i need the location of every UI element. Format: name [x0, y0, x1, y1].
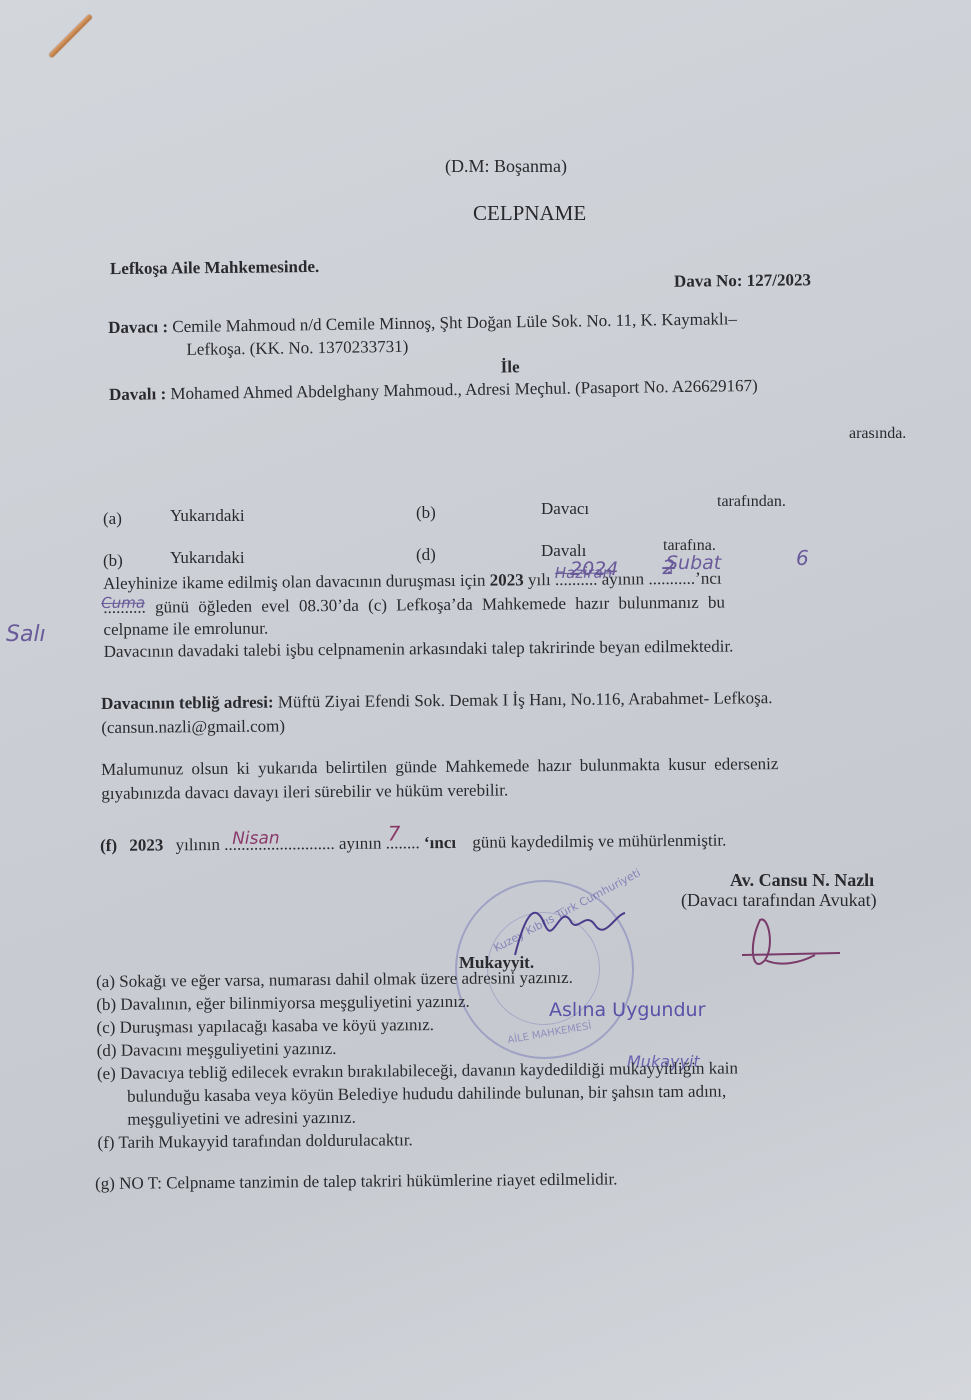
footer-note-text: NO T: Celpname tanzimin de talep takriri…: [119, 1169, 617, 1192]
warning-line1: Malumunuz olsun ki yukarıda belirtilen g…: [101, 753, 916, 780]
service-address-text: Müftü Ziyai Efendi Sok. Demak I İş Hanı,…: [278, 688, 773, 711]
note-row-1-val3: tarafından.: [717, 493, 786, 511]
registration-label2: ayının: [339, 834, 382, 853]
instruction-text: Davacıya tebliğ edilecek evrakın bırakıl…: [120, 1058, 738, 1082]
between-text: arasında.: [849, 425, 906, 443]
summons-line1-pre: Aleyhinize ikame edilmiş olan davacının …: [103, 571, 486, 593]
instruction-text: Davacını meşguliyetini yazınız.: [121, 1039, 337, 1060]
handwritten-reg-day: 7: [388, 821, 401, 845]
note-row-1-key2: (b): [416, 503, 436, 523]
service-address-block: Davacının tebliğ adresi: Müftü Ziyai Efe…: [101, 688, 773, 738]
handwritten-weekday: Salı: [6, 622, 46, 647]
service-email: (cansun.nazli@gmail.com): [101, 712, 773, 738]
warning-line2: gıyabınızda davacı davayı ileri sürebili…: [101, 777, 916, 804]
instruction-key: (c): [96, 1018, 115, 1037]
registration-year: 2023: [129, 835, 163, 854]
summons-paragraph: Aleyhinize ikame edilmiş olan davacının …: [103, 567, 919, 662]
instruction-text: Davalının, eğer bilinmiyorsa meşguliyeti…: [120, 992, 470, 1014]
handwritten-day: 6: [796, 546, 809, 570]
note-row-2-val1: Yukarıdaki: [170, 548, 245, 568]
handwritten-day-struck: 2: [662, 555, 675, 579]
instruction-key: (a): [96, 972, 115, 991]
note-row-2-key2: (d): [416, 545, 436, 565]
defendant-label: Davalı :: [109, 384, 166, 404]
day-blank: ...........’ncı: [648, 569, 721, 589]
instruction-key: (d): [97, 1041, 117, 1060]
plaintiff-line1: Cemile Mahmoud n/d Cemile Minnoş, Şht Do…: [172, 309, 737, 336]
registration-suffix: ‘ıncı: [424, 833, 456, 852]
summons-line1-mid: yılı: [528, 570, 551, 589]
footer-note: (g) NO T: Celpname tanzimin de talep tak…: [95, 1169, 618, 1194]
handwritten-month-struck: Haziran: [555, 564, 613, 583]
handwritten-weekday-struck: Cuma: [101, 594, 145, 612]
instruction-text: Tarih Mukayyid tarafından doldurulacaktı…: [118, 1130, 412, 1152]
case-number: Dava No: 127/2023: [674, 270, 811, 291]
instruction-text: Duruşması yapılacağı kasaba ve köyü yazı…: [120, 1015, 435, 1037]
lawyer-signature: [730, 905, 850, 985]
note-row-2-key1: (b): [103, 551, 123, 571]
conjunction-ile: İle: [501, 354, 758, 378]
registration-line: (f) 2023 yılının .......................…: [100, 831, 726, 856]
note-row-1-val1: Yukarıdaki: [170, 506, 245, 526]
registration-prefix: (f): [100, 836, 117, 855]
pencil-mark: [48, 14, 93, 59]
case-type: (D.M: Boşanma): [445, 156, 567, 177]
note-row-1-key1: (a): [103, 509, 122, 529]
document-title: CELPNAME: [473, 201, 586, 226]
instructions-list: (a) Sokağı ve eğer varsa, numarası dahil…: [96, 964, 739, 1154]
warning-block: Malumunuz olsun ki yukarıda belirtilen g…: [101, 753, 916, 804]
instruction-key: (f): [97, 1133, 114, 1152]
footer-note-key: (g): [95, 1174, 115, 1193]
registration-label1: yılının: [175, 835, 220, 854]
lawyer-name: Av. Cansu N. Nazlı: [730, 870, 874, 891]
instruction-item: (f) Tarih Mukayyid tarafından doldurulac…: [97, 1125, 738, 1154]
handwritten-reg-month: Nisan: [232, 828, 280, 848]
registration-text: günü kaydedilmiş ve mühürlenmiştir.: [472, 831, 726, 852]
plaintiff-label: Davacı :: [108, 317, 168, 337]
summons-line2: günü öğleden evel 08.30’da (c) Lefkoşa’d…: [155, 593, 725, 617]
court-name: Lefkoşa Aile Mahkemesinde.: [110, 257, 319, 279]
instruction-text: Sokağı ve eğer varsa, numarası dahil olm…: [119, 968, 573, 991]
parties-block: Davacı : Cemile Mahmoud n/d Cemile Minno…: [108, 309, 758, 405]
note-row-1-val2: Davacı: [541, 499, 589, 519]
instruction-key: (b): [96, 995, 116, 1014]
defendant-text: Mohamed Ahmed Abdelghany Mahmoud., Adres…: [170, 376, 758, 403]
service-address-label: Davacının tebliğ adresi:: [101, 692, 274, 713]
summons-line4: Davacının davadaki talebi işbu celpnamen…: [104, 635, 919, 662]
summons-year: 2023: [490, 570, 524, 589]
instruction-key: (e): [97, 1064, 116, 1083]
